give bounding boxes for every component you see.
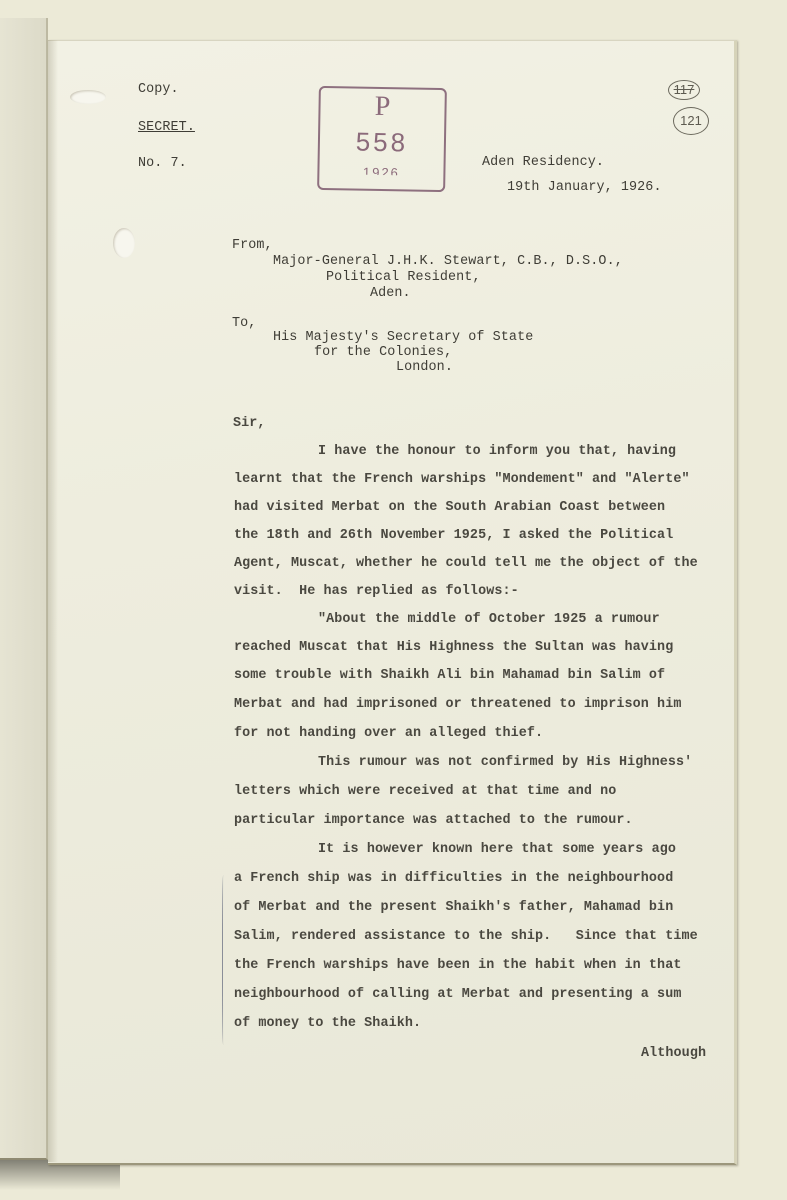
body-line: a French ship was in difficulties in the… xyxy=(234,871,673,886)
body-line: some trouble with Shaikh Ali bin Mahamad… xyxy=(234,668,665,683)
stamp-year: 1926 xyxy=(319,164,443,176)
registry-stamp: P 558 1926 xyxy=(317,86,447,192)
body-line: Salim, rendered assistance to the ship. … xyxy=(234,929,698,944)
from-line: Major-General J.H.K. Stewart, C.B., D.S.… xyxy=(273,254,623,269)
body-line: visit. He has replied as follows:- xyxy=(234,584,519,599)
document-number: No. 7. xyxy=(138,156,187,171)
from-label: From, xyxy=(232,238,273,253)
to-line: His Majesty's Secretary of State xyxy=(273,330,533,345)
punch-hole xyxy=(70,90,106,104)
body-line: learnt that the French warships "Mondeme… xyxy=(234,472,690,487)
page-fold-shadow xyxy=(48,40,58,1162)
body-line: Agent, Muscat, whether he could tell me … xyxy=(234,556,698,571)
place-line: Aden Residency. xyxy=(482,155,604,170)
body-line: the French warships have been in the hab… xyxy=(234,958,681,973)
salutation: Sir, xyxy=(233,416,266,431)
date-line: 19th January, 1926. xyxy=(507,180,662,195)
folio-current-text: 121 xyxy=(680,113,702,128)
to-label: To, xyxy=(232,316,256,331)
body-line: I have the honour to inform you that, ha… xyxy=(318,444,676,459)
body-line: letters which were received at that time… xyxy=(234,784,616,799)
body-line: of money to the Shaikh. xyxy=(234,1016,421,1031)
secret-label: SECRET. xyxy=(138,120,195,135)
copy-label: Copy. xyxy=(138,82,179,97)
body-line: of Merbat and the present Shaikh's fathe… xyxy=(234,900,673,915)
punch-hole xyxy=(113,228,135,258)
stamp-number: 558 xyxy=(320,126,445,159)
margin-pencil-line xyxy=(222,875,225,1045)
body-line: for not handing over an alleged thief. xyxy=(234,726,543,741)
stamp-letter: P xyxy=(320,90,445,124)
body-line: particular importance was attached to th… xyxy=(234,813,633,828)
catchword: Although xyxy=(641,1046,706,1061)
body-line: reached Muscat that His Highness the Sul… xyxy=(234,640,673,655)
folio-number: 121 xyxy=(673,107,709,135)
body-line: It is however known here that some years… xyxy=(318,842,676,857)
underlying-page xyxy=(0,18,48,1160)
body-line: Merbat and had imprisoned or threatened … xyxy=(234,697,681,712)
body-line: "About the middle of October 1925 a rumo… xyxy=(318,612,660,627)
from-line: Aden. xyxy=(370,286,411,301)
body-line: This rumour was not confirmed by His Hig… xyxy=(318,755,692,770)
folio-number-struck: 117 xyxy=(668,80,700,100)
from-line: Political Resident, xyxy=(326,270,481,285)
body-line: the 18th and 26th November 1925, I asked… xyxy=(234,528,673,543)
body-line: neighbourhood of calling at Merbat and p… xyxy=(234,987,681,1002)
folio-struck-text: 117 xyxy=(674,82,695,97)
body-line: had visited Merbat on the South Arabian … xyxy=(234,500,665,515)
to-line: for the Colonies, xyxy=(314,345,452,360)
to-line: London. xyxy=(396,360,453,375)
